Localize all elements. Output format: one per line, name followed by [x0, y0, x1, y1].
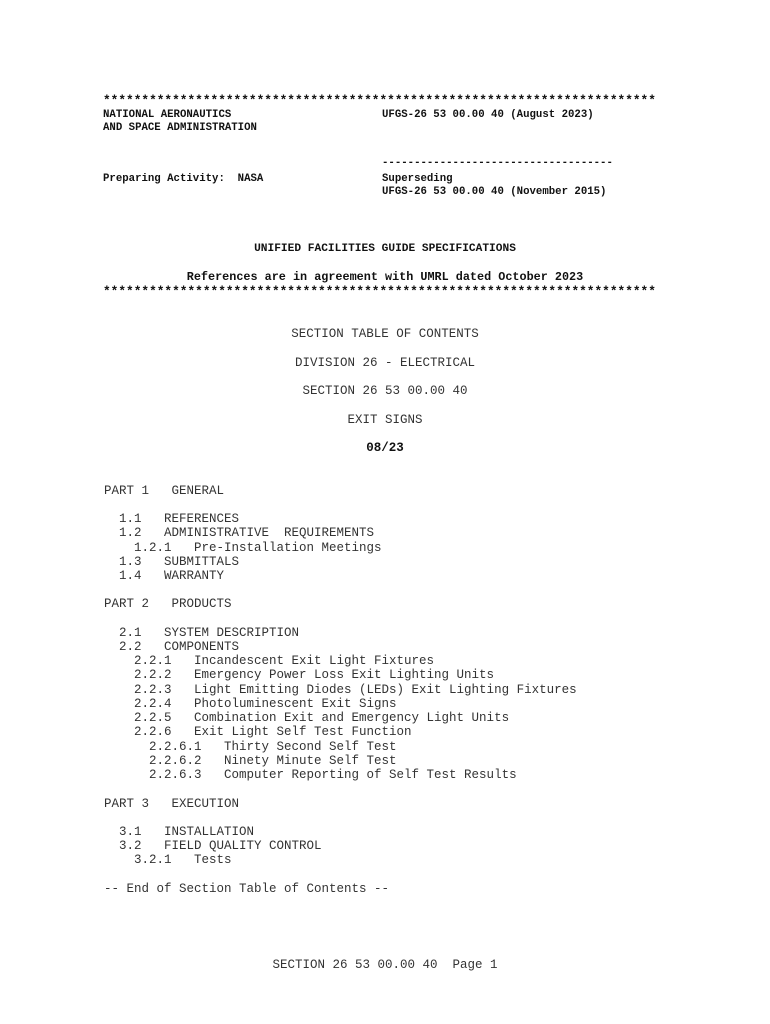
toc-item: 2.2 COMPONENTS — [104, 640, 239, 654]
toc-item: 2.2.6.3 Computer Reporting of Self Test … — [104, 768, 517, 782]
dash-rule: ------------------------------------ — [382, 156, 613, 170]
section-date: 08/23 — [0, 441, 770, 455]
asterisk-rule-top: ****************************************… — [103, 94, 656, 108]
part3-heading: PART 3 EXECUTION — [104, 797, 239, 811]
superseded-spec: UFGS-26 53 00.00 40 (November 2015) — [382, 185, 606, 199]
end-of-toc-note: -- End of Section Table of Contents -- — [104, 882, 389, 896]
division-title: DIVISION 26 - ELECTRICAL — [0, 356, 770, 370]
section-number: SECTION 26 53 00.00 40 — [0, 384, 770, 398]
superseding-label: Superseding — [382, 172, 453, 186]
guide-title: UNIFIED FACILITIES GUIDE SPECIFICATIONS — [0, 242, 770, 256]
toc-item: 2.2.6.1 Thirty Second Self Test — [104, 740, 397, 754]
toc-item: 3.2 FIELD QUALITY CONTROL — [104, 839, 322, 853]
preparing-activity: Preparing Activity: NASA — [103, 172, 263, 186]
toc-item: 2.2.1 Incandescent Exit Light Fixtures — [104, 654, 434, 668]
toc-item: 1.4 WARRANTY — [104, 569, 224, 583]
agency-name-line2: AND SPACE ADMINISTRATION — [103, 121, 257, 135]
toc-item: 1.2 ADMINISTRATIVE REQUIREMENTS — [104, 526, 374, 540]
page-footer: SECTION 26 53 00.00 40 Page 1 — [0, 958, 770, 972]
toc-item: 2.1 SYSTEM DESCRIPTION — [104, 626, 299, 640]
spec-identifier: UFGS-26 53 00.00 40 (August 2023) — [382, 108, 594, 122]
toc-item: 2.2.4 Photoluminescent Exit Signs — [104, 697, 397, 711]
agency-name-line1: NATIONAL AERONAUTICS — [103, 108, 231, 122]
toc-item: 1.3 SUBMITTALS — [104, 555, 239, 569]
part2-heading: PART 2 PRODUCTS — [104, 597, 232, 611]
toc-item: 1.1 REFERENCES — [104, 512, 239, 526]
toc-item: 3.1 INSTALLATION — [104, 825, 254, 839]
toc-title: SECTION TABLE OF CONTENTS — [0, 327, 770, 341]
toc-item: 3.2.1 Tests — [104, 853, 232, 867]
section-name: EXIT SIGNS — [0, 413, 770, 427]
toc-item: 1.2.1 Pre-Installation Meetings — [104, 541, 382, 555]
toc-item: 2.2.6.2 Ninety Minute Self Test — [104, 754, 397, 768]
toc-item: 2.2.5 Combination Exit and Emergency Lig… — [104, 711, 509, 725]
toc-item: 2.2.6 Exit Light Self Test Function — [104, 725, 412, 739]
asterisk-rule-bottom: ****************************************… — [103, 285, 656, 299]
part1-heading: PART 1 GENERAL — [104, 484, 224, 498]
toc-item: 2.2.2 Emergency Power Loss Exit Lighting… — [104, 668, 494, 682]
toc-item: 2.2.3 Light Emitting Diodes (LEDs) Exit … — [104, 683, 577, 697]
references-note: References are in agreement with UMRL da… — [0, 270, 770, 284]
